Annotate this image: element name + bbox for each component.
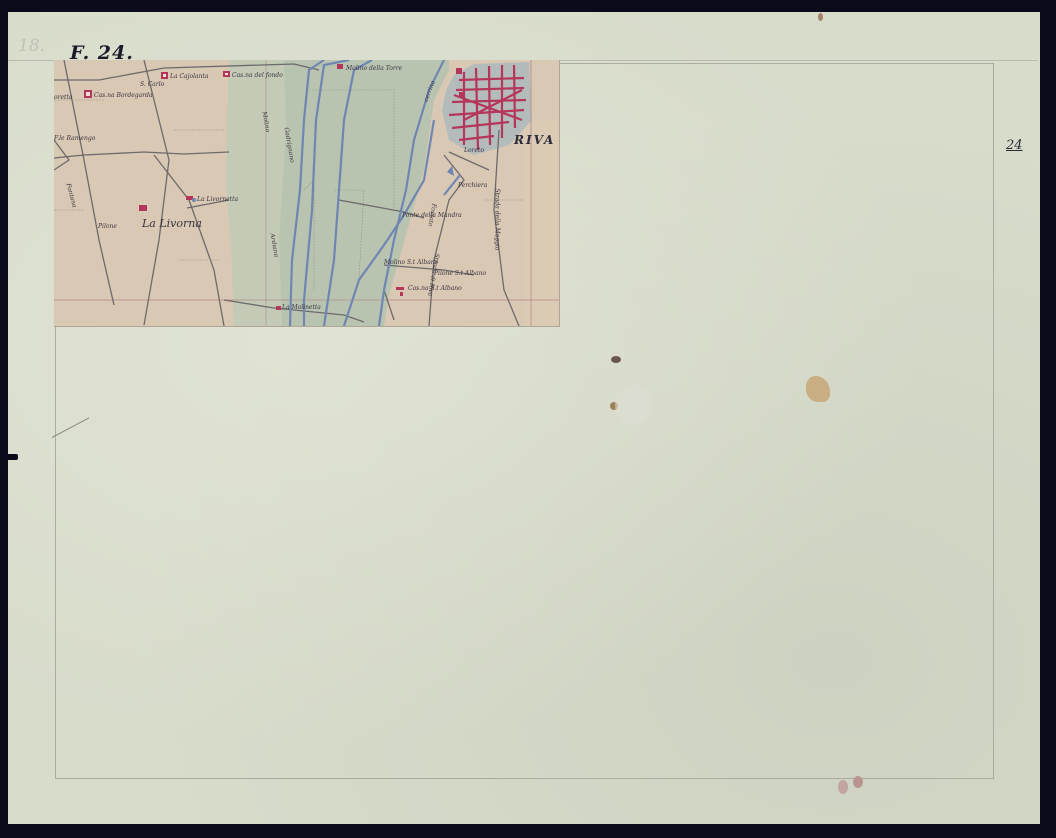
place-label: La Cajolanta xyxy=(170,73,208,80)
stain xyxy=(818,13,823,21)
stain xyxy=(838,780,848,794)
place-label: La Livornetta xyxy=(197,196,238,203)
faint-sheet-number: 18. xyxy=(18,36,45,56)
place-label: La Livorna xyxy=(142,217,202,230)
tear-mark xyxy=(6,454,18,460)
stain xyxy=(615,385,653,425)
place-label: F.le Ramengo xyxy=(54,135,95,142)
road-label: Strada della Maggia xyxy=(494,189,501,251)
town-label: RIVA xyxy=(514,133,555,147)
page-number: 24 xyxy=(1006,138,1023,153)
map-inset[interactable]: oretta Cas.na Bordegarda S. Carlo La Caj… xyxy=(54,60,560,327)
place-label: Cas.na del fondo xyxy=(232,72,283,79)
place-label: Pilone xyxy=(98,223,117,230)
place-label: Molino S.t Albano xyxy=(384,259,438,266)
place-label: oretta xyxy=(54,94,72,101)
place-label: Loreto xyxy=(464,147,484,154)
stain xyxy=(611,356,621,363)
stain xyxy=(853,776,863,788)
place-label: Cas.na S.t Albano xyxy=(408,285,462,292)
place-label: S. Carlo xyxy=(140,81,164,88)
place-label: Molino della Torre xyxy=(346,65,402,72)
place-label: Pilone S.t Albano xyxy=(434,270,486,277)
place-label: La Molinetta xyxy=(282,304,321,311)
place-label: Cas.na Bordegarda xyxy=(94,92,153,99)
place-label: Perchiera xyxy=(458,182,487,189)
map-drawing xyxy=(54,60,559,326)
